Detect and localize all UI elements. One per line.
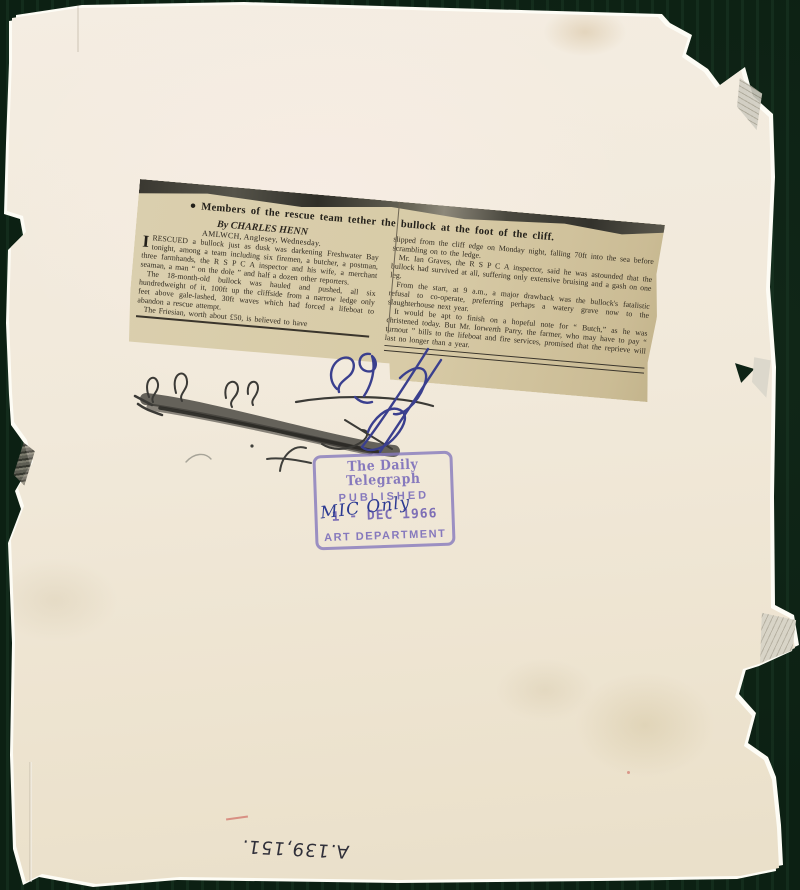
caption-bullet-icon: ● bbox=[189, 200, 197, 212]
stamp-department-label: ART DEPARTMENT bbox=[320, 528, 450, 545]
stamp-newspaper-name: The Daily Telegraph bbox=[318, 455, 449, 488]
photo-backdrop: ● Members of the rescue team tether the … bbox=[0, 0, 800, 890]
crease-line bbox=[29, 762, 32, 882]
clipping-left-column: By CHARLES HENN AMLWCH, Anglesey, Wednes… bbox=[135, 213, 387, 351]
crease-line bbox=[77, 4, 79, 52]
clipping-right-column: slipped from the cliff edge on Monday ni… bbox=[377, 234, 654, 374]
photo-paper-back bbox=[0, 0, 800, 890]
red-pencil-dot bbox=[627, 771, 630, 774]
